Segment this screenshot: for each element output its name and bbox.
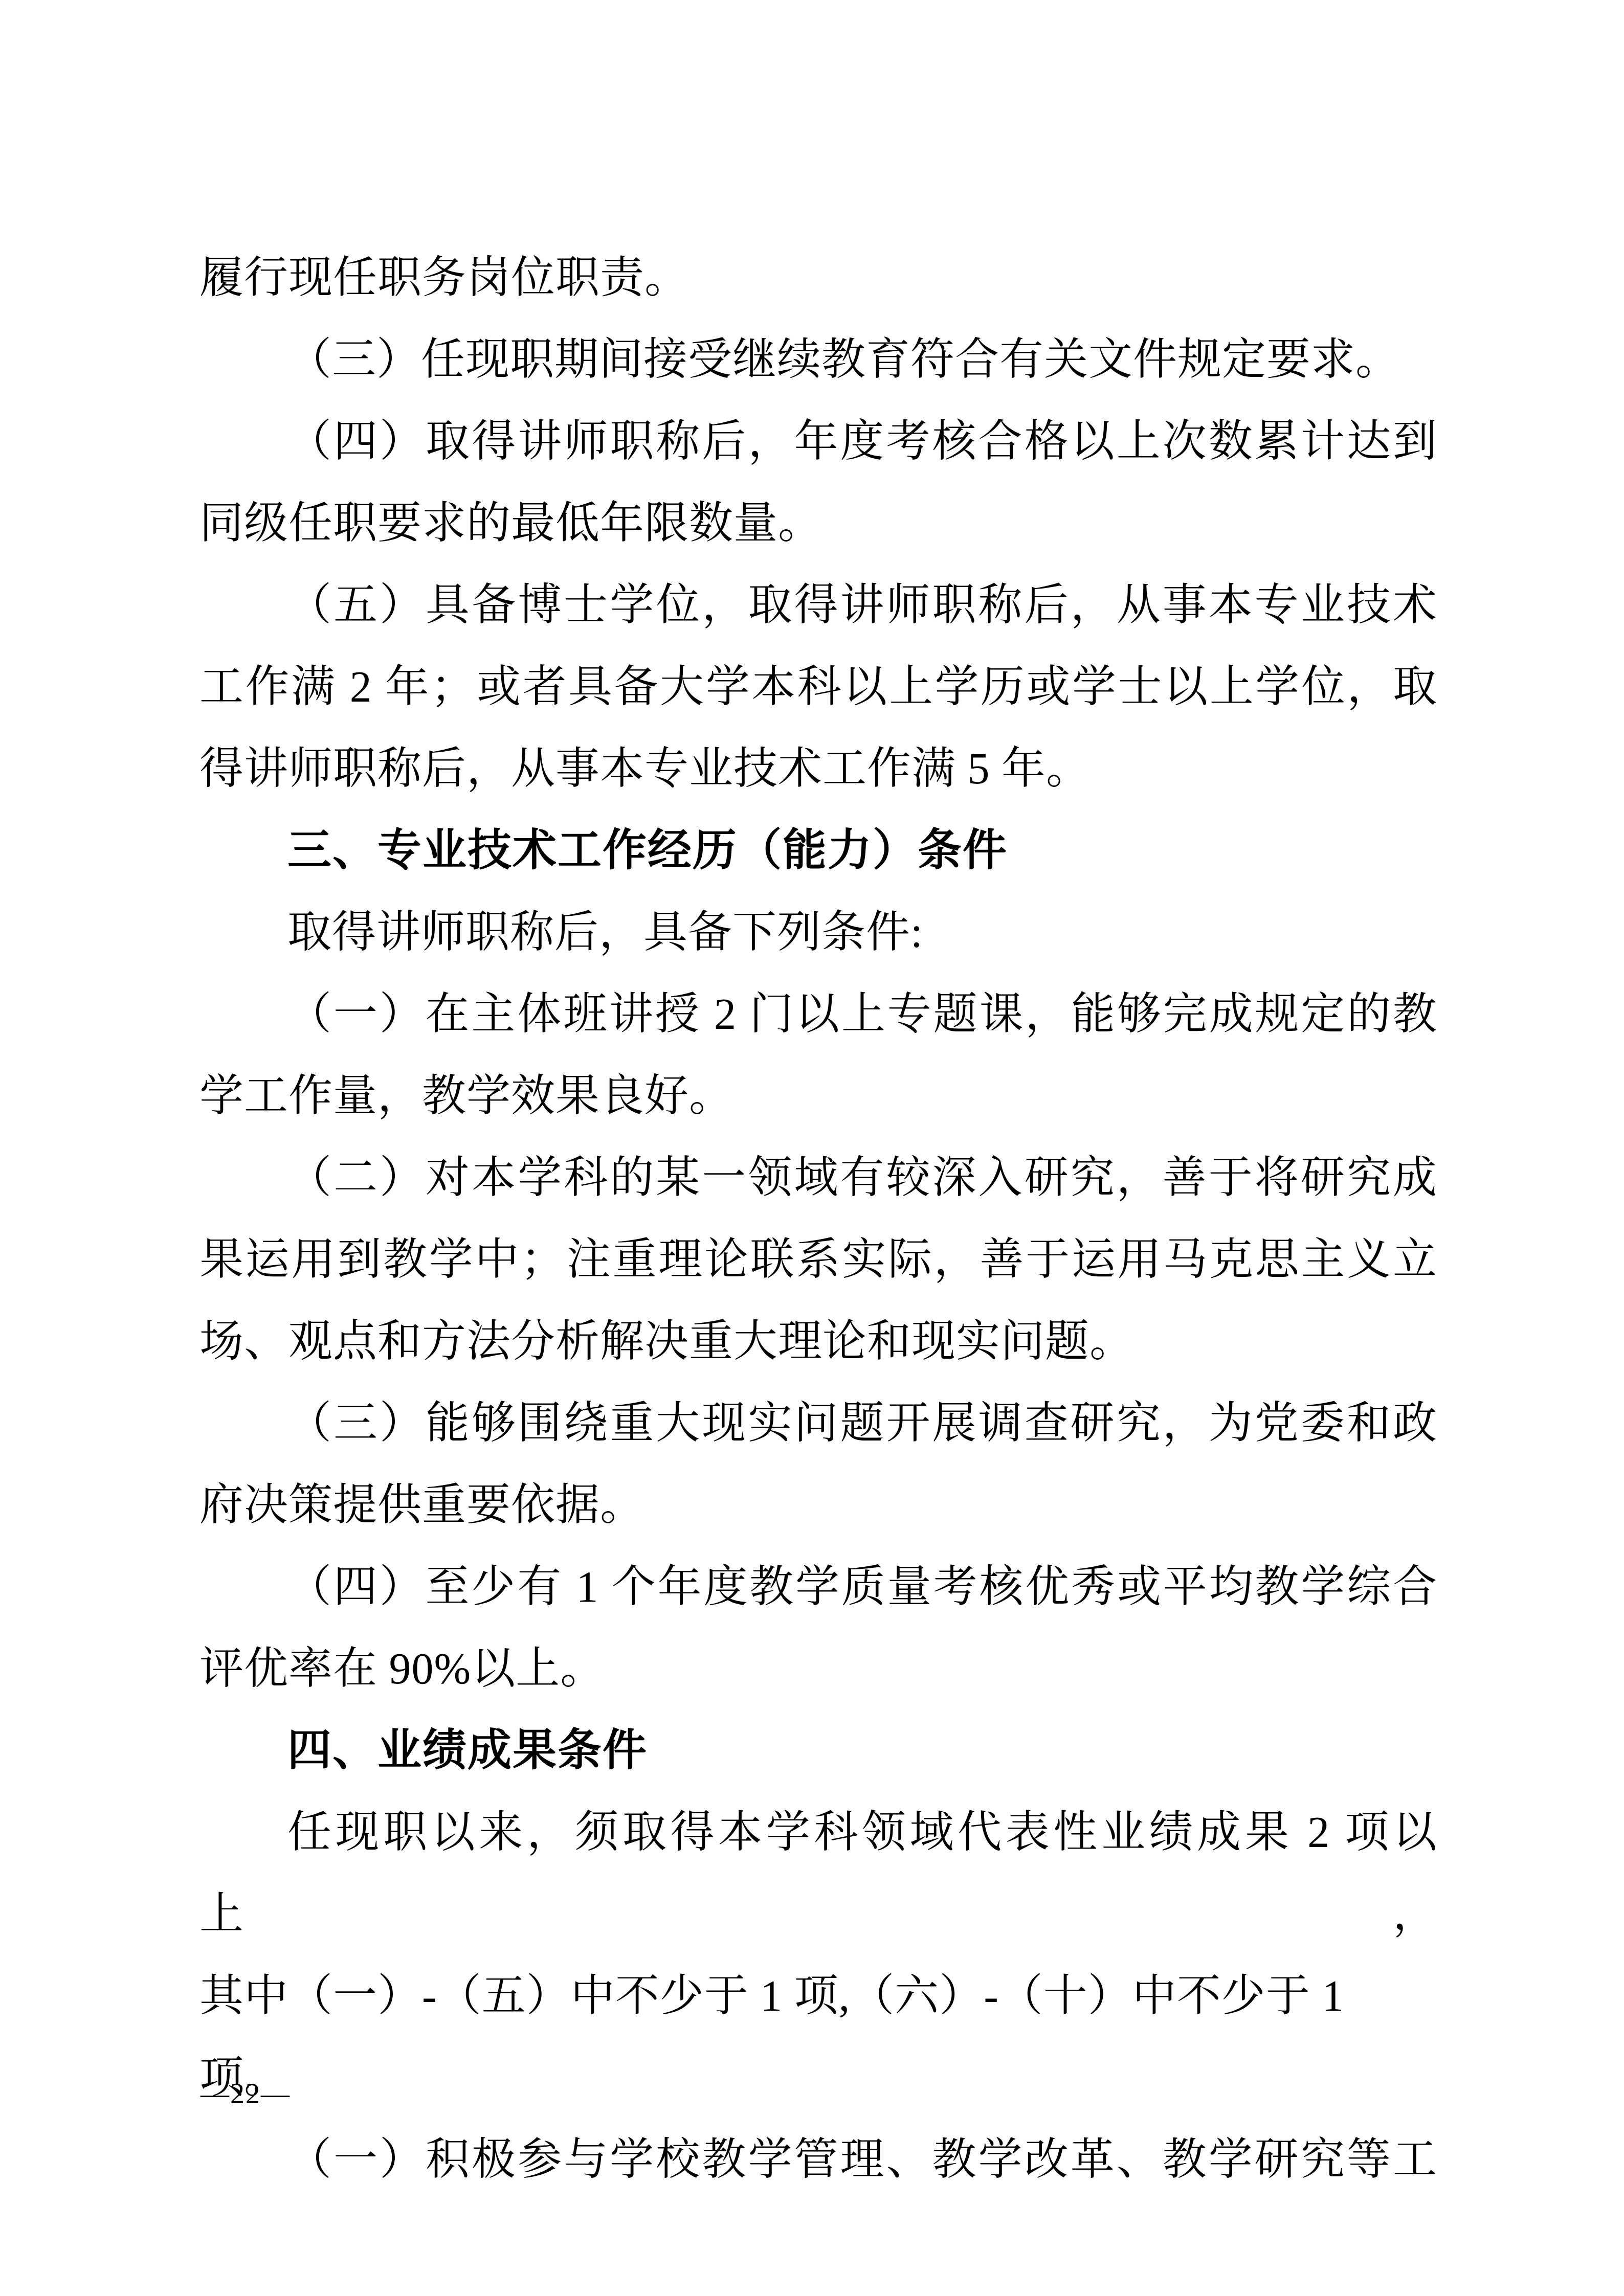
paragraph: （三）能够围绕重大现实问题开展调查研究，为党委和政 府决策提供重要依据。 [199, 1382, 1437, 1546]
paragraph: （一）在主体班讲授 2 门以上专题课，能够完成规定的教 学工作量，教学效果良好。 [199, 973, 1437, 1137]
text-line: 同级任职要求的最低年限数量。 [199, 482, 1437, 564]
heading-line: 三、专业技术工作经历（能力）条件 [199, 809, 1437, 891]
text-line: 工作满 2 年；或者具备大学本科以上学历或学士以上学位，取 [199, 646, 1437, 728]
text-line: （五）具备博士学位，取得讲师职称后，从事本专业技术 [199, 564, 1437, 646]
paragraph: （四）取得讲师职称后，年度考核合格以上次数累计达到 同级任职要求的最低年限数量。 [199, 400, 1437, 564]
section-heading: 三、专业技术工作经历（能力）条件 [199, 809, 1437, 891]
paragraph: 履行现任职务岗位职责。 [199, 237, 1437, 319]
paragraph: （四）至少有 1 个年度教学质量考核优秀或平均教学综合 评优率在 90%以上。 [199, 1546, 1437, 1709]
paragraph: （二）对本学科的某一领域有较深入研究，善于将研究成 果运用到教学中；注重理论联系… [199, 1137, 1437, 1382]
page-footer: —22— [201, 2076, 291, 2112]
text-line: （三）任现职期间接受继续教育符合有关文件规定要求。 [199, 319, 1437, 400]
text-line: 场、观点和方法分析解决重大理论和现实问题。 [199, 1300, 1437, 1382]
paragraph: 取得讲师职称后，具备下列条件: [199, 891, 1437, 973]
text-line: （三）能够围绕重大现实问题开展调查研究，为党委和政 [199, 1382, 1437, 1464]
text-line: 任现职以来，须取得本学科领域代表性业绩成果 2 项以上， [199, 1791, 1437, 1955]
text-line: 得讲师职称后，从事本专业技术工作满 5 年。 [199, 728, 1437, 809]
paragraph: 任现职以来，须取得本学科领域代表性业绩成果 2 项以上， 其中（一）-（五）中不… [199, 1791, 1437, 2119]
paragraph: （三）任现职期间接受继续教育符合有关文件规定要求。 [199, 319, 1437, 400]
text-line: （四）取得讲师职称后，年度考核合格以上次数累计达到 [199, 400, 1437, 482]
page-number: —22— [201, 2078, 291, 2110]
text-line: 学工作量，教学效果良好。 [199, 1055, 1437, 1137]
paragraph: （五）具备博士学位，取得讲师职称后，从事本专业技术 工作满 2 年；或者具备大学… [199, 564, 1437, 809]
text-line: 其中（一）-（五）中不少于 1 项,（六）-（十）中不少于 1 项。 [199, 1955, 1437, 2119]
text-line: （二）对本学科的某一领域有较深入研究，善于将研究成 [199, 1137, 1437, 1219]
text-line: 取得讲师职称后，具备下列条件: [199, 891, 1437, 973]
text-line: （四）至少有 1 个年度教学质量考核优秀或平均教学综合 [199, 1546, 1437, 1628]
section-heading: 四、业绩成果条件 [199, 1709, 1437, 1791]
text-line: 府决策提供重要依据。 [199, 1464, 1437, 1546]
document-body: 履行现任职务岗位职责。 （三）任现职期间接受继续教育符合有关文件规定要求。 （四… [199, 237, 1437, 2200]
document-page: 履行现任职务岗位职责。 （三）任现职期间接受继续教育符合有关文件规定要求。 （四… [0, 0, 1624, 2296]
text-line: 评优率在 90%以上。 [199, 1628, 1437, 1709]
paragraph: （一）积极参与学校教学管理、教学改革、教学研究等工 [199, 2119, 1437, 2200]
text-line: 果运用到教学中；注重理论联系实际，善于运用马克思主义立 [199, 1219, 1437, 1300]
text-line: （一）在主体班讲授 2 门以上专题课，能够完成规定的教 [199, 973, 1437, 1055]
heading-line: 四、业绩成果条件 [199, 1709, 1437, 1791]
text-line: （一）积极参与学校教学管理、教学改革、教学研究等工 [199, 2119, 1437, 2200]
text-line: 履行现任职务岗位职责。 [199, 237, 1437, 319]
